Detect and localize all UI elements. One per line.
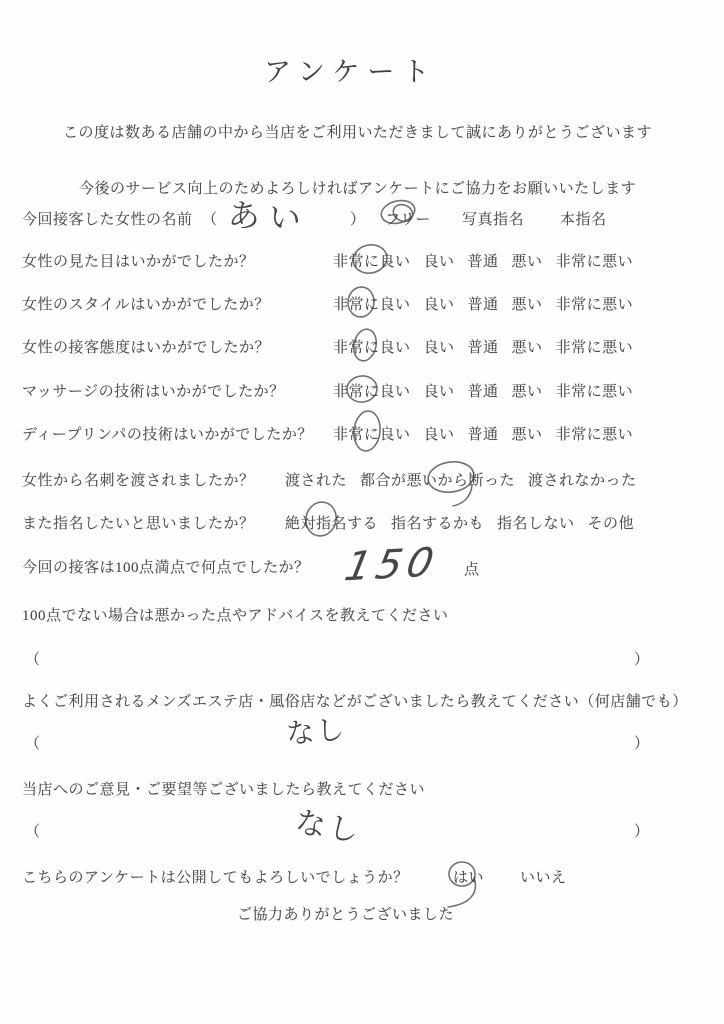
publish-option-yes: はい bbox=[453, 866, 484, 887]
rating-option: 良い bbox=[424, 380, 455, 401]
repeat-option: 指名しない bbox=[497, 512, 575, 533]
repeat-option: 指名するかも bbox=[391, 512, 484, 533]
rating-option: 悪い bbox=[512, 380, 543, 401]
score-question-label: 今回の接客は100点満点で何点でしたか？ bbox=[22, 556, 310, 577]
rating-option: 普通 bbox=[468, 250, 499, 271]
name-option-hon-shimei: 本指名 bbox=[560, 208, 607, 229]
rating-option: 悪い bbox=[512, 423, 543, 444]
rating-question-label: 女性の見た目はいかがでしたか？ bbox=[22, 250, 255, 271]
intro-line-1: この度は数ある店舗の中から当店をご利用いただきまして誠にありがとうございます bbox=[63, 121, 652, 142]
rating-option: 非常に悪い bbox=[556, 250, 634, 271]
rating-options-row: 非常に良い良い普通悪い非常に悪い bbox=[333, 423, 633, 444]
rating-option: 悪い bbox=[512, 336, 543, 357]
rating-option: 非常に良い bbox=[333, 380, 411, 401]
name-option-photo-shimei: 写真指名 bbox=[462, 208, 524, 229]
answer-paren-open: （ bbox=[25, 732, 41, 753]
card-option: 渡されなかった bbox=[528, 469, 637, 490]
rating-option: 悪い bbox=[512, 250, 543, 271]
rating-option: 非常に良い bbox=[333, 250, 411, 271]
handwritten-answer: なし bbox=[284, 707, 347, 752]
rating-question-label: 女性の接客態度はいかがでしたか？ bbox=[22, 336, 270, 357]
thanks-line: ご協力ありがとうございました bbox=[237, 903, 454, 924]
rating-option: 非常に良い bbox=[333, 293, 411, 314]
rating-option: 普通 bbox=[468, 293, 499, 314]
handwritten-score: 150 bbox=[341, 540, 442, 591]
card-question-label: 女性から名刺を渡されましたか？ bbox=[22, 469, 255, 490]
name-paren-close: ） bbox=[350, 208, 366, 229]
name-question-label: 今回接客した女性の名前 bbox=[22, 208, 193, 229]
repeat-question-label: また指名したいと思いましたか？ bbox=[22, 512, 255, 533]
repeat-option: 絶対指名する bbox=[285, 512, 378, 533]
card-options-row: 渡された都合が悪いから断った渡されなかった bbox=[285, 469, 637, 490]
card-option: 都合が悪いから断った bbox=[360, 469, 515, 490]
rating-option: 良い bbox=[424, 293, 455, 314]
rating-option: 非常に良い bbox=[333, 423, 411, 444]
rating-options-row: 非常に良い良い普通悪い非常に悪い bbox=[333, 250, 633, 271]
rating-question-label: ディープリンパの技術はいかがでしたか？ bbox=[22, 423, 313, 444]
rating-option: 非常に悪い bbox=[556, 423, 634, 444]
survey-page: アンケート この度は数ある店舗の中から当店をご利用いただきまして誠にありがとうご… bbox=[0, 0, 724, 1024]
handwritten-name: あい bbox=[227, 190, 311, 240]
rating-option: 非常に悪い bbox=[556, 293, 634, 314]
name-option-free: フリー bbox=[385, 208, 431, 229]
rating-options-row: 非常に良い良い普通悪い非常に悪い bbox=[333, 380, 633, 401]
score-unit: 点 bbox=[464, 558, 480, 579]
rating-option: 非常に良い bbox=[333, 336, 411, 357]
publish-option-no: いいえ bbox=[520, 866, 567, 887]
answer-paren-open: （ bbox=[25, 648, 41, 669]
rating-options-row: 非常に良い良い普通悪い非常に悪い bbox=[333, 336, 633, 357]
rating-option: 普通 bbox=[468, 336, 499, 357]
answer-paren-close: ） bbox=[634, 820, 650, 841]
answer-paren-open: （ bbox=[25, 820, 41, 841]
intro-line-2: 今後のサービス向上のためよろしければアンケートにご協力をお願いいたします bbox=[79, 177, 636, 198]
rating-question-label: マッサージの技術はいかがでしたか？ bbox=[22, 380, 285, 401]
rating-option: 良い bbox=[424, 336, 455, 357]
rating-option: 普通 bbox=[468, 380, 499, 401]
free-question-label: 100点でない場合は悪かった点やアドバイスを教えてください bbox=[22, 604, 449, 625]
rating-option: 悪い bbox=[512, 293, 543, 314]
handwritten-answer: なし bbox=[293, 797, 365, 851]
repeat-options-row: 絶対指名する指名するかも指名しないその他 bbox=[285, 512, 634, 533]
rating-option: 非常に悪い bbox=[556, 336, 634, 357]
rating-option: 良い bbox=[424, 250, 455, 271]
rating-option: 非常に悪い bbox=[556, 380, 634, 401]
free-question-label: よくご利用されるメンズエステ店・風俗店などがございましたら教えてください（何店舗… bbox=[22, 690, 688, 711]
card-option: 渡された bbox=[285, 469, 347, 490]
answer-paren-close: ） bbox=[634, 648, 650, 669]
free-question-label: 当店へのご意見・ご要望等ございましたら教えてください bbox=[22, 778, 425, 799]
rating-question-label: 女性のスタイルはいかがでしたか？ bbox=[22, 293, 270, 314]
rating-option: 普通 bbox=[468, 423, 499, 444]
name-paren-open: （ bbox=[202, 208, 218, 229]
rating-options-row: 非常に良い良い普通悪い非常に悪い bbox=[333, 293, 633, 314]
repeat-option: その他 bbox=[588, 512, 635, 533]
publish-question-label: こちらのアンケートは公開してもよろしいでしょうか？ bbox=[22, 866, 409, 887]
answer-paren-close: ） bbox=[634, 732, 650, 753]
rating-option: 良い bbox=[424, 423, 455, 444]
page-title: アンケート bbox=[264, 50, 437, 89]
